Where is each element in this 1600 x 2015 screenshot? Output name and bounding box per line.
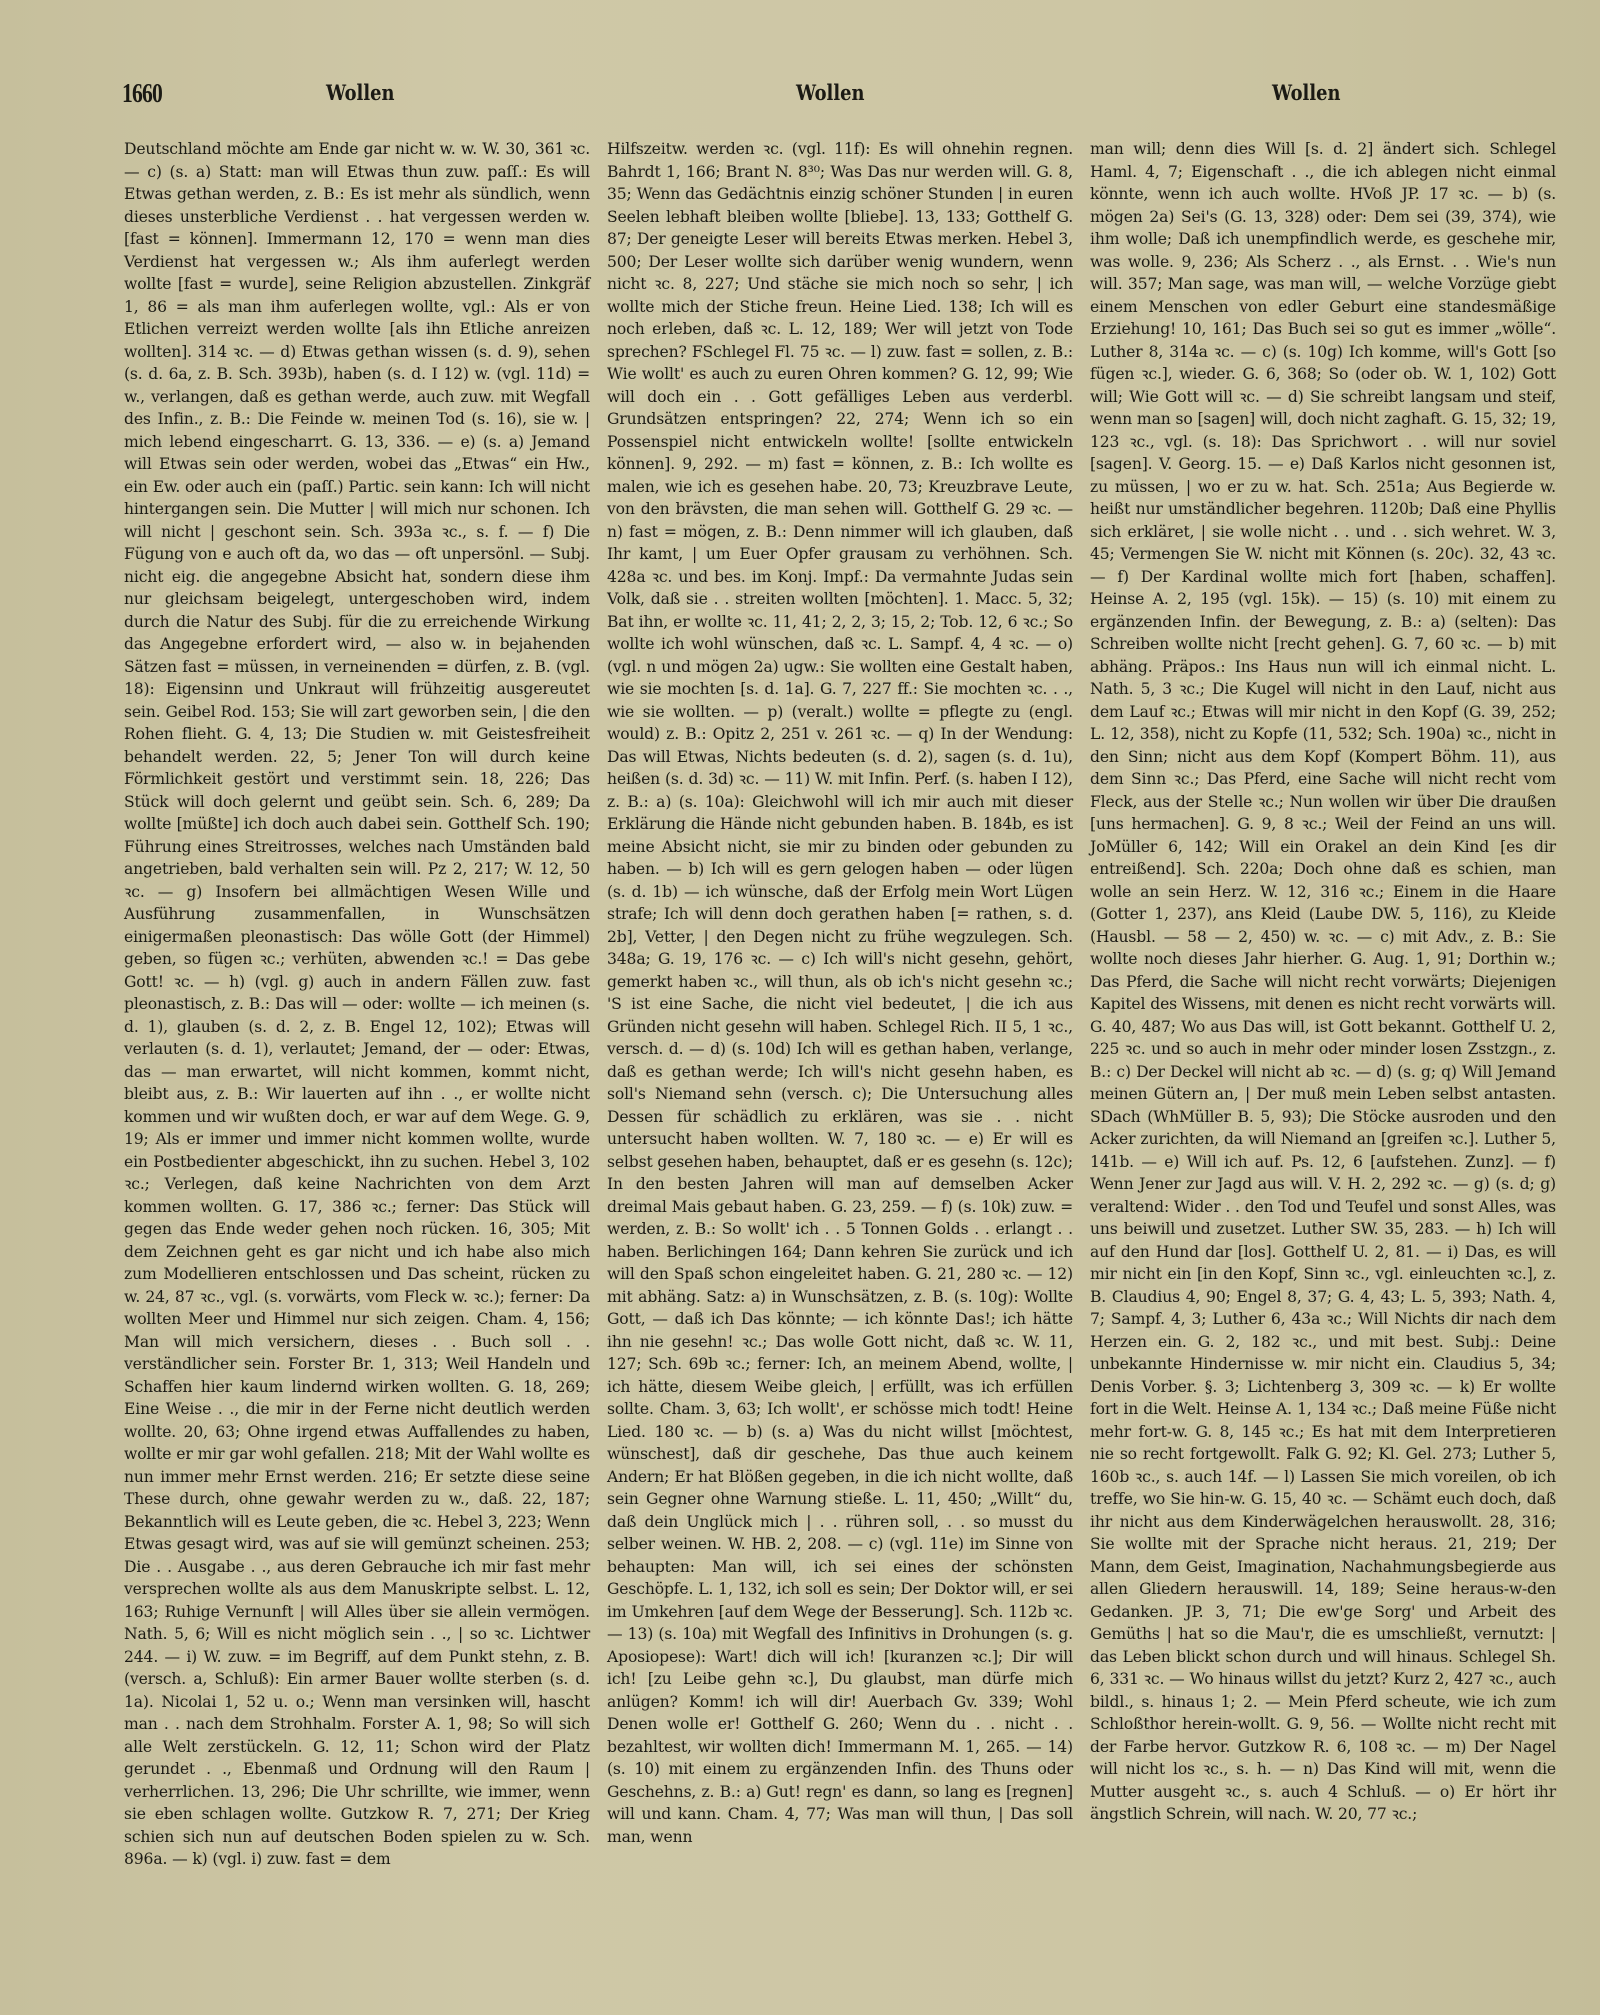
column-right-text: man will; denn dies Will [s. d. 2] änder… bbox=[1090, 138, 1556, 1826]
running-head-center: Wollen bbox=[796, 80, 864, 105]
text-columns: Deutschland möchte am Ende gar nicht w. … bbox=[124, 138, 1556, 1871]
running-head-right: Wollen bbox=[1272, 80, 1340, 105]
column-left: Deutschland möchte am Ende gar nicht w. … bbox=[124, 138, 590, 1871]
dictionary-page: 1660 Wollen Wollen Wollen Deutschland mö… bbox=[0, 0, 1600, 2015]
page-number: 1660 bbox=[122, 78, 162, 109]
column-right: man will; denn dies Will [s. d. 2] änder… bbox=[1090, 138, 1556, 1871]
running-head-left: Wollen bbox=[326, 80, 394, 105]
column-left-text: Deutschland möchte am Ende gar nicht w. … bbox=[124, 138, 590, 1871]
page-header: 1660 Wollen Wollen Wollen bbox=[0, 78, 1600, 108]
column-middle: Hilfszeitw. werden ꝛc. (vgl. 11f): Es wi… bbox=[607, 138, 1073, 1871]
column-middle-text: Hilfszeitw. werden ꝛc. (vgl. 11f): Es wi… bbox=[607, 138, 1073, 1848]
